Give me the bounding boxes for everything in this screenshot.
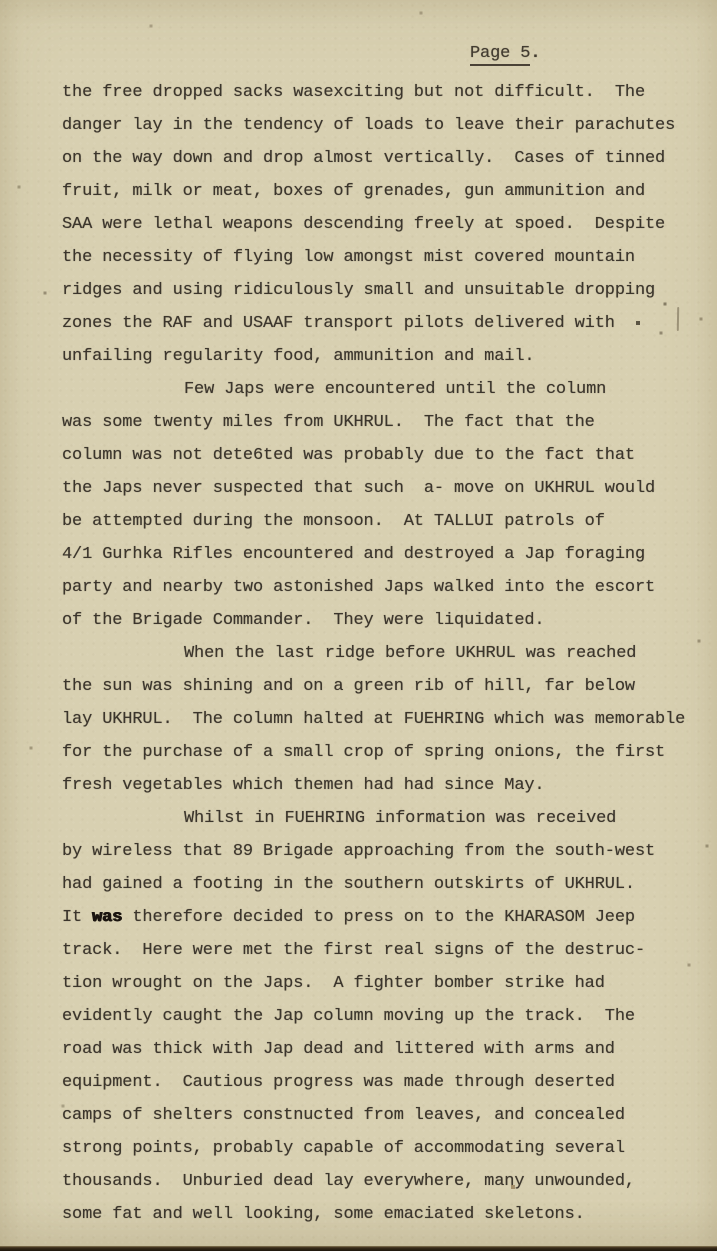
text-line: When the last ridge before UKHRUL was re…	[62, 637, 702, 670]
text-line: of the Brigade Commander. They were liqu…	[62, 604, 702, 637]
page-number-heading: Page 5.	[470, 44, 540, 63]
text-line: danger lay in the tendency of loads to l…	[62, 109, 702, 142]
text-segment: It	[62, 908, 92, 927]
text-line: was some twenty miles from UKHRUL. The f…	[62, 406, 702, 439]
text-line: unfailing regularity food, ammunition an…	[62, 340, 702, 373]
text-line: by wireless that 89 Brigade approaching …	[62, 835, 702, 868]
text-line: equipment. Cautious progress was made th…	[62, 1066, 702, 1099]
text-line: the sun was shining and on a green rib o…	[62, 670, 702, 703]
text-line: column was not dete6ted was probably due…	[62, 439, 702, 472]
document-lines: the free dropped sacks wasexciting but n…	[62, 76, 702, 1231]
text-line: party and nearby two astonished Japs wal…	[62, 571, 702, 604]
text-line: SAA were lethal weapons descending freel…	[62, 208, 702, 241]
text-line: road was thick with Jap dead and littere…	[62, 1033, 702, 1066]
text-line: fruit, milk or meat, boxes of grenades, …	[62, 175, 702, 208]
text-line: lay UKHRUL. The column halted at FUEHRIN…	[62, 703, 702, 736]
text-line: on the way down and drop almost vertical…	[62, 142, 702, 175]
document-page: Page 5. the free dropped sacks wasexciti…	[0, 0, 717, 1251]
text-segment: therefore decided to press on to the KHA…	[122, 908, 635, 927]
text-line: strong points, probably capable of accom…	[62, 1132, 702, 1165]
text-line: camps of shelters constnucted from leave…	[62, 1099, 702, 1132]
page-bottom-edge	[0, 1246, 717, 1251]
text-line: tion wrought on the Japs. A fighter bomb…	[62, 967, 702, 1000]
text-line: thousands. Unburied dead lay everywhere,…	[62, 1165, 702, 1198]
paper-speckles	[0, 0, 2, 2]
text-line: fresh vegetables which themen had had si…	[62, 769, 702, 802]
text-line: for the purchase of a small crop of spri…	[62, 736, 702, 769]
text-line: some fat and well looking, some emaciate…	[62, 1198, 702, 1231]
text-line: the necessity of flying low amongst mist…	[62, 241, 702, 274]
text-line: evidently caught the Jap column moving u…	[62, 1000, 702, 1033]
text-line: the Japs never suspected that such a- mo…	[62, 472, 702, 505]
text-line: the free dropped sacks wasexciting but n…	[62, 76, 702, 109]
text-line: had gained a footing in the southern out…	[62, 868, 702, 901]
stray-ink-mark	[677, 307, 679, 331]
text-line: track. Here were met the first real sign…	[62, 934, 702, 967]
page-number-period: .	[530, 44, 540, 63]
overstruck-word: was	[92, 908, 122, 927]
text-line: It was therefore decided to press on to …	[62, 901, 702, 934]
text-line: Whilst in FUEHRING information was recei…	[62, 802, 702, 835]
text-line: ridges and using ridiculously small and …	[62, 274, 702, 307]
text-line: 4/1 Gurhka Rifles encountered and destro…	[62, 538, 702, 571]
text-line: Few Japs were encountered until the colu…	[62, 373, 702, 406]
text-line: be attempted during the monsoon. At TALL…	[62, 505, 702, 538]
text-line: zones the RAF and USAAF transport pilots…	[62, 307, 702, 340]
page-number-label: Page 5	[470, 44, 530, 66]
